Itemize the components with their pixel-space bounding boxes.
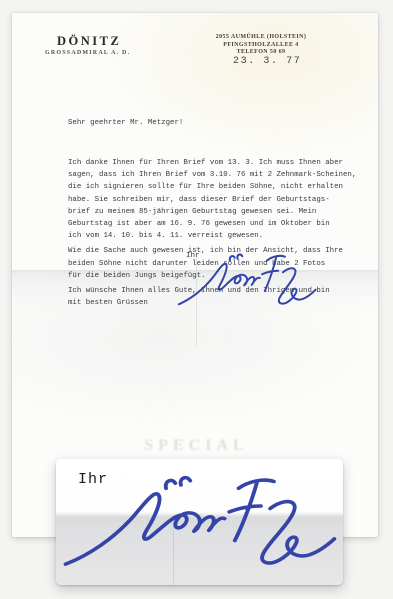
letterhead-address: 2055 AUMÜHLE (HOLSTEIN) PFINGSTHOLZALLEE… — [205, 34, 317, 57]
letterhead-title: GROSSADMIRAL A. D. — [45, 50, 130, 56]
letter-photo: DÖNITZ GROSSADMIRAL A. D. 2055 AUMÜHLE (… — [0, 0, 393, 599]
signature-ink-enlarged — [60, 463, 339, 581]
letter-date: 23. 3. 77 — [233, 56, 301, 67]
letter-line: sagen, dass ich Ihren Brief vom 3.10. 76… — [68, 169, 354, 181]
signature-detail-card: Ihr — [56, 459, 343, 585]
letter-salutation: Sehr geehrter Mr. Metzger! — [68, 117, 354, 129]
letter-line: Geburtstag ist aber am 16. 9. 76 gewesen… — [68, 218, 354, 230]
letter-line: habe. Sie schreiben mir, dass dieser Bri… — [68, 194, 354, 206]
letterhead-address-line2: PFINGSTHOLZALLEE 4 — [205, 42, 317, 50]
letterhead-name: DÖNITZ — [57, 34, 121, 49]
letterhead-address-line1: 2055 AUMÜHLE (HOLSTEIN) — [205, 34, 317, 42]
letter-paragraph: Ich danke Ihnen für Ihren Brief vom 13. … — [68, 157, 354, 242]
letter-line: die ich signieren sollte für Ihre beiden… — [68, 181, 354, 193]
letter-line: Ich danke Ihnen für Ihren Brief vom 13. … — [68, 157, 354, 169]
signature-ink — [176, 246, 318, 314]
letter-line: brief zu meinem 85-jährigen Geburtstag g… — [68, 206, 354, 218]
letter-line: ich vom 14. 10. bis 4. 11. verreist gewe… — [68, 230, 354, 242]
photo-watermark: SPECIAL — [0, 437, 393, 455]
